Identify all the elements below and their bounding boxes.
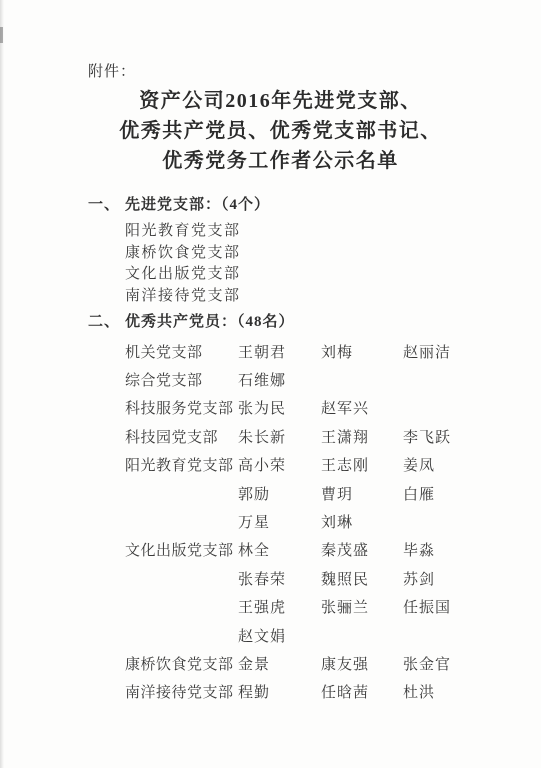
table-row: 赵文娟 [125, 621, 513, 649]
member-name-cell: 高小荣 [238, 454, 321, 475]
section2-heading: 二、 优秀共产党员：（48名） [88, 310, 295, 331]
member-name-cell: 白雁 [403, 483, 513, 504]
member-name-cell: 曹玥 [321, 483, 403, 504]
branch-cell: 综合党支部 [125, 369, 238, 390]
table-row: 万星 刘琳 [125, 507, 513, 535]
member-name-cell: 程勤 [238, 681, 321, 702]
member-name-cell: 姜凤 [403, 454, 513, 475]
member-name-cell: 赵丽洁 [403, 341, 513, 362]
section1-heading-text: 先进党支部：（4个） [125, 193, 270, 214]
member-name-cell: 任振国 [403, 596, 513, 617]
table-row: 康桥饮食党支部 金景 康友强 张金官 [125, 649, 513, 677]
member-name-cell: 张春荣 [238, 568, 321, 589]
member-name-cell: 刘梅 [321, 341, 403, 362]
member-name-cell: 苏剑 [403, 568, 513, 589]
branch-list-item: 阳光教育党支部 [125, 221, 241, 243]
member-name-cell: 石维娜 [238, 369, 321, 390]
branch-cell: 康桥饮食党支部 [125, 653, 238, 674]
member-name-cell: 杜洪 [403, 681, 513, 702]
section2-numeral: 二、 [88, 310, 125, 331]
table-row: 郭励 曹玥 白雁 [125, 479, 513, 507]
table-row: 阳光教育党支部 高小荣 王志刚 姜凤 [125, 451, 513, 479]
title-line-3: 优秀党务工作者公示名单 [30, 146, 531, 176]
member-name-cell: 林全 [238, 539, 321, 560]
advanced-branch-list: 阳光教育党支部 康桥饮食党支部 文化出版党支部 南洋接待党支部 [125, 221, 241, 308]
table-row: 机关党支部 王朝君 刘梅 赵丽洁 [125, 337, 513, 365]
member-name-cell: 赵军兴 [321, 397, 403, 418]
member-name-cell: 任晗茜 [321, 681, 403, 702]
branch-list-item: 文化出版党支部 [125, 264, 241, 286]
member-name-cell: 王强虎 [238, 596, 321, 617]
outstanding-members-table: 机关党支部 王朝君 刘梅 赵丽洁 综合党支部 石维娜 科技服务党支部 张为民 赵… [125, 337, 513, 706]
section1-heading: 一、 先进党支部：（4个） [88, 193, 270, 214]
member-name-cell: 朱长新 [238, 426, 321, 447]
branch-cell: 阳光教育党支部 [125, 454, 238, 475]
member-name-cell: 魏照民 [321, 568, 403, 589]
document-page: 附件： 资产公司2016年先进党支部、 优秀共产党员、优秀党支部书记、 优秀党务… [0, 0, 541, 768]
member-name-cell: 毕淼 [403, 539, 513, 560]
document-title: 资产公司2016年先进党支部、 优秀共产党员、优秀党支部书记、 优秀党务工作者公… [30, 86, 531, 176]
branch-cell: 文化出版党支部 [125, 539, 238, 560]
scan-artifact-mark [0, 27, 3, 43]
table-row: 科技服务党支部 张为民 赵军兴 [125, 394, 513, 422]
page-left-edge-shadow [0, 0, 4, 768]
branch-cell: 科技服务党支部 [125, 397, 238, 418]
member-name-cell: 张金官 [403, 653, 513, 674]
branch-cell: 科技园党支部 [125, 426, 238, 447]
table-row: 文化出版党支部 林全 秦茂盛 毕淼 [125, 536, 513, 564]
table-row: 南洋接待党支部 程勤 任晗茜 杜洪 [125, 678, 513, 706]
table-row: 科技园党支部 朱长新 王潇翔 李飞跃 [125, 422, 513, 450]
branch-list-item: 南洋接待党支部 [125, 286, 241, 308]
member-name-cell: 赵文娟 [238, 625, 321, 646]
member-name-cell: 王志刚 [321, 454, 403, 475]
attachment-label: 附件： [88, 60, 136, 81]
member-name-cell: 王朝君 [238, 341, 321, 362]
member-name-cell: 李飞跃 [403, 426, 513, 447]
branch-cell: 机关党支部 [125, 341, 238, 362]
table-row: 张春荣 魏照民 苏剑 [125, 564, 513, 592]
member-name-cell: 秦茂盛 [321, 539, 403, 560]
table-row: 王强虎 张骊兰 任振国 [125, 593, 513, 621]
table-row: 综合党支部 石维娜 [125, 365, 513, 393]
member-name-cell: 万星 [238, 511, 321, 532]
member-name-cell: 张骊兰 [321, 596, 403, 617]
title-line-1: 资产公司2016年先进党支部、 [30, 86, 531, 116]
member-name-cell: 张为民 [238, 397, 321, 418]
member-name-cell: 王潇翔 [321, 426, 403, 447]
member-name-cell: 郭励 [238, 483, 321, 504]
member-name-cell: 刘琳 [321, 511, 403, 532]
member-name-cell: 金景 [238, 653, 321, 674]
section2-heading-text: 优秀共产党员：（48名） [125, 310, 295, 331]
member-name-cell: 康友强 [321, 653, 403, 674]
branch-cell: 南洋接待党支部 [125, 681, 238, 702]
title-line-2: 优秀共产党员、优秀党支部书记、 [30, 116, 531, 146]
branch-list-item: 康桥饮食党支部 [125, 243, 241, 265]
section1-numeral: 一、 [88, 193, 125, 214]
